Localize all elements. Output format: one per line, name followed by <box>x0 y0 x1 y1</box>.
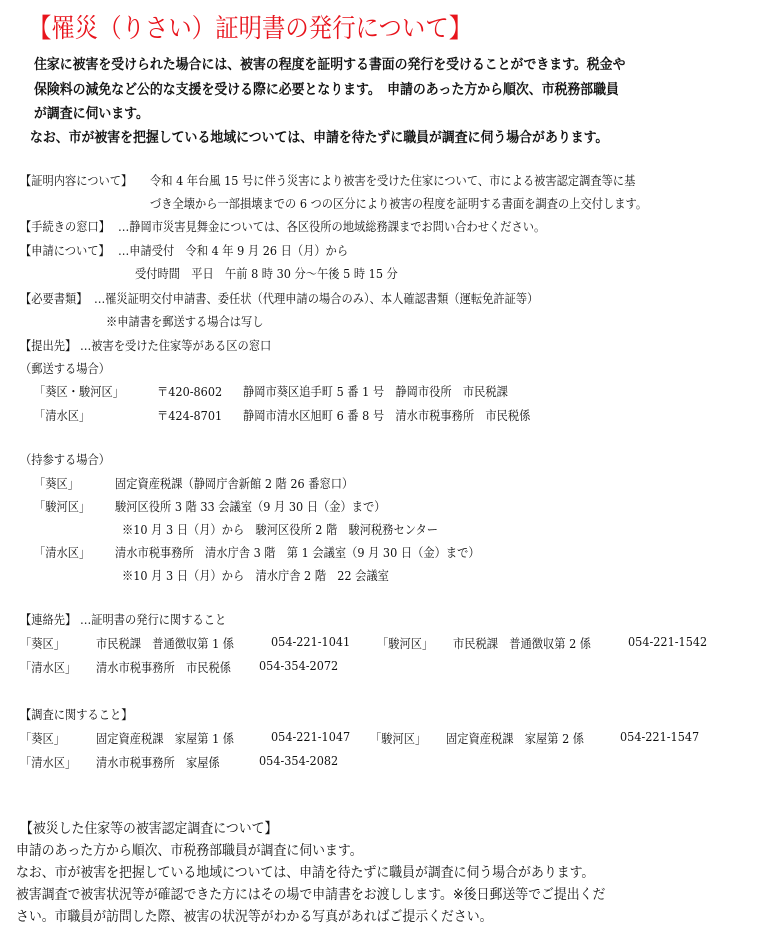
procedure-window-label: 【手続きの窓口】 <box>20 217 110 235</box>
survey-contact-dept: 固定資産税課 家屋第 1 係 <box>96 729 234 747</box>
in-person-note: ※10 月 3 日（月）から 清水庁舎 2 階 22 会議室 <box>122 566 389 584</box>
in-person-text: 清水市税事務所 清水庁舎 3 階 第 1 会議室（9 月 30 日（金）まで） <box>115 543 480 561</box>
survey-contact-tel: 054-221-1547 <box>620 729 699 744</box>
procedure-window-text: …静岡市災害見舞金については、各区役所の地域総務課までお問い合わせください。 <box>118 217 545 235</box>
contact-ward: 「葵区」 <box>20 634 65 652</box>
contact-tel: 054-354-2072 <box>259 658 338 673</box>
by-mail-postal: 〒420-8602 <box>157 382 222 400</box>
by-mail-address: 静岡市葵区追手町 5 番 1 号 静岡市役所 市民税課 <box>243 382 508 400</box>
survey-contact-label: 【調査に関すること】 <box>20 705 133 723</box>
survey-section-line-2: なお、市が被害を把握している地域については、申請を待たずに職員が調査に伺う場合が… <box>16 862 594 882</box>
application-label: 【申請について】 <box>20 241 110 259</box>
in-person-text: 駿河区役所 3 階 33 会議室（9 月 30 日（金）まで） <box>115 497 385 515</box>
contact-label: 【連絡先】 <box>20 610 76 628</box>
contact-dept: 市民税課 普通徴収第 2 係 <box>453 634 591 652</box>
survey-contact-tel: 054-354-2082 <box>259 753 338 768</box>
in-person-note: ※10 月 3 日（月）から 駿河区役所 2 階 駿河税務センター <box>122 520 438 538</box>
by-mail-postal: 〒424-8701 <box>157 406 222 424</box>
in-person-ward: 「清水区」 <box>34 543 90 561</box>
survey-section-line-4: さい。市職員が訪問した際、被害の状況等がわかる写真があればご提示ください。 <box>16 906 493 926</box>
survey-section-line-1: 申請のあった方から順次、市税務部職員が調査に伺います。 <box>16 840 363 860</box>
application-line-2: 受付時間 平日 午前 8 時 30 分～午後 5 時 15 分 <box>135 264 398 282</box>
intro-line-1: 住家に被害を受けられた場合には、被害の程度を証明する書面の発行を受けることができ… <box>34 54 625 74</box>
intro-line-3: が調査に伺います。 <box>34 103 149 123</box>
required-documents-label: 【必要書類】 <box>20 289 88 307</box>
survey-contact-ward: 「駿河区」 <box>370 729 426 747</box>
contact-text: …証明書の発行に関すること <box>80 610 226 628</box>
in-person-label: （持参する場合） <box>20 450 110 468</box>
required-documents-line-2: ※申請書を郵送する場合は写し <box>106 312 264 330</box>
in-person-text: 固定資産税課（静岡庁舎新館 2 階 26 番窓口） <box>115 474 353 492</box>
contact-dept: 清水市税事務所 市民税係 <box>96 658 231 676</box>
survey-contact-tel: 054-221-1047 <box>271 729 350 744</box>
intro-line-2: 保険料の減免など公的な支援を受ける際に必要となります。 申請のあった方から順次、… <box>34 79 619 99</box>
by-mail-ward: 「清水区」 <box>34 406 90 424</box>
certificate-content-line-2: づき全壊から一部損壊までの 6 つの区分により被害の程度を証明する書面を調査の上… <box>150 194 647 212</box>
contact-ward: 「清水区」 <box>20 658 76 676</box>
in-person-ward: 「葵区」 <box>34 474 79 492</box>
contact-ward: 「駿河区」 <box>377 634 433 652</box>
submission-label: 【提出先】 <box>20 336 76 354</box>
required-documents-line-1: …罹災証明交付申請書、委任状（代理申請の場合のみ）、本人確認書類（運転免許証等） <box>94 289 538 307</box>
survey-section-line-3: 被害調査で被害状況等が確認できた方にはその場で申請書をお渡しします。※後日郵送等… <box>16 884 605 904</box>
page-title: 【罹災（りさい）証明書の発行について】 <box>28 8 472 45</box>
by-mail-label: （郵送する場合） <box>20 359 110 377</box>
submission-text: …被害を受けた住家等がある区の窓口 <box>80 336 271 354</box>
by-mail-ward: 「葵区・駿河区」 <box>34 382 124 400</box>
in-person-ward: 「駿河区」 <box>34 497 90 515</box>
contact-dept: 市民税課 普通徴収第 1 係 <box>96 634 234 652</box>
survey-contact-ward: 「葵区」 <box>20 729 65 747</box>
certificate-content-line-1: 令和 4 年台風 15 号に伴う災害により被害を受けた住家について、市による被害… <box>150 171 635 189</box>
survey-contact-dept: 固定資産税課 家屋第 2 係 <box>446 729 584 747</box>
application-line-1: …申請受付 令和 4 年 9 月 26 日（月）から <box>118 241 348 259</box>
contact-tel: 054-221-1041 <box>271 634 350 649</box>
survey-contact-ward: 「清水区」 <box>20 753 76 771</box>
intro-line-4: なお、市が被害を把握している地域については、申請を待たずに職員が調査に伺う場合が… <box>30 127 608 147</box>
survey-section-heading: 【被災した住家等の被害認定調査について】 <box>20 818 277 838</box>
contact-tel: 054-221-1542 <box>628 634 707 649</box>
certificate-content-label: 【証明内容について】 <box>20 171 132 189</box>
survey-contact-dept: 清水市税事務所 家屋係 <box>96 753 220 771</box>
by-mail-address: 静岡市清水区旭町 6 番 8 号 清水市税事務所 市民税係 <box>243 406 530 424</box>
